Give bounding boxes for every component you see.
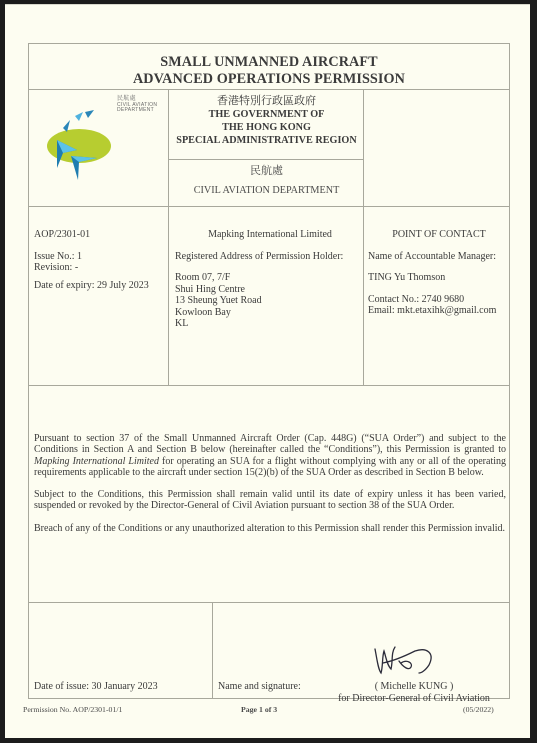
title-line-1: SMALL UNMANNED AIRCRAFT — [29, 54, 509, 71]
handwritten-signature-icon — [369, 641, 439, 677]
expiry-date: Date of expiry: 29 July 2023 — [34, 280, 149, 292]
body-paragraph-2: Subject to the Conditions, this Permissi… — [34, 489, 506, 512]
civil-aviation-department-logo-icon — [43, 106, 173, 186]
signer-name: ( Michelle KUNG ) — [319, 681, 509, 693]
contact-email: Email: mkt.etaxihk@gmail.com — [368, 305, 510, 317]
contact-heading: POINT OF CONTACT — [368, 229, 510, 241]
revision: Revision: - — [34, 262, 149, 274]
divider-signoff — [212, 602, 213, 698]
p1-holder-name: Mapking International Limited — [34, 456, 159, 467]
issue-number: Issue No.: 1 — [34, 251, 149, 263]
signer-title: for Director-General of Civil Aviation — [319, 693, 509, 705]
footer-form-version: (05/2022) — [463, 705, 494, 714]
permission-body: Pursuant to section 37 of the Small Unma… — [34, 433, 506, 545]
title-line-2: ADVANCED OPERATIONS PERMISSION — [29, 71, 509, 88]
manager-label: Name of Accountable Manager: — [368, 251, 510, 263]
department-heading: 民航處 CIVIL AVIATION DEPARTMENT — [169, 164, 364, 196]
logo-text: 民航處 CIVIL AVIATION DEPARTMENT — [117, 97, 157, 114]
government-heading: 香港特別行政區政府 THE GOVERNMENT OF THE HONG KON… — [169, 95, 364, 147]
government-line3: SPECIAL ADMINISTRATIVE REGION — [169, 134, 364, 147]
manager-name: TING Yu Thomson — [368, 272, 510, 284]
signer-block: ( Michelle KUNG ) for Director-General o… — [319, 681, 509, 705]
divider-header — [29, 89, 509, 90]
document-frame: SMALL UNMANNED AIRCRAFT ADVANCED OPERATI… — [28, 43, 510, 699]
divider-gov-cad — [168, 159, 363, 160]
holder-name: Mapking International Limited — [175, 229, 365, 241]
department-zh: 民航處 — [169, 164, 364, 178]
address-line: Kowloon Bay — [175, 307, 365, 319]
government-line2: THE HONG KONG — [169, 121, 364, 134]
document-title: SMALL UNMANNED AIRCRAFT ADVANCED OPERATI… — [29, 54, 509, 88]
body-paragraph-1: Pursuant to section 37 of the Small Unma… — [34, 433, 506, 478]
permission-holder: Mapking International Limited Registered… — [175, 229, 365, 330]
point-of-contact: POINT OF CONTACT Name of Accountable Man… — [368, 229, 510, 317]
government-zh: 香港特別行政區政府 — [169, 95, 364, 108]
department-en: CIVIL AVIATION DEPARTMENT — [169, 185, 364, 196]
divider-body — [29, 602, 509, 603]
address-line: KL — [175, 318, 365, 330]
body-paragraph-3: Breach of any of the Conditions or any u… — [34, 523, 506, 534]
contact-phone: Contact No.: 2740 9680 — [368, 294, 510, 306]
name-signature-label: Name and signature: — [218, 681, 301, 692]
permission-number: AOP/2301-01 — [34, 229, 149, 241]
address-line: Shui Hing Centre — [175, 284, 365, 296]
p1-text: Pursuant to section 37 of the Small Unma… — [34, 433, 506, 455]
divider-logo-row — [29, 206, 509, 207]
permission-document-page: SMALL UNMANNED AIRCRAFT ADVANCED OPERATI… — [5, 4, 530, 738]
address-line: 13 Sheung Yuet Road — [175, 295, 365, 307]
permission-info: AOP/2301-01 Issue No.: 1 Revision: - Dat… — [34, 229, 149, 291]
footer-page-number: Page 1 of 3 — [241, 705, 277, 714]
address-line: Room 07, 7/F — [175, 272, 365, 284]
address-label: Registered Address of Permission Holder: — [175, 251, 365, 263]
footer-permission-number: Permission No. AOP/2301-01/1 — [23, 705, 122, 714]
divider-info-row — [29, 385, 509, 386]
logo-en-line2: DEPARTMENT — [117, 108, 157, 114]
government-line1: THE GOVERNMENT OF — [169, 108, 364, 121]
date-of-issue: Date of issue: 30 January 2023 — [34, 681, 158, 692]
